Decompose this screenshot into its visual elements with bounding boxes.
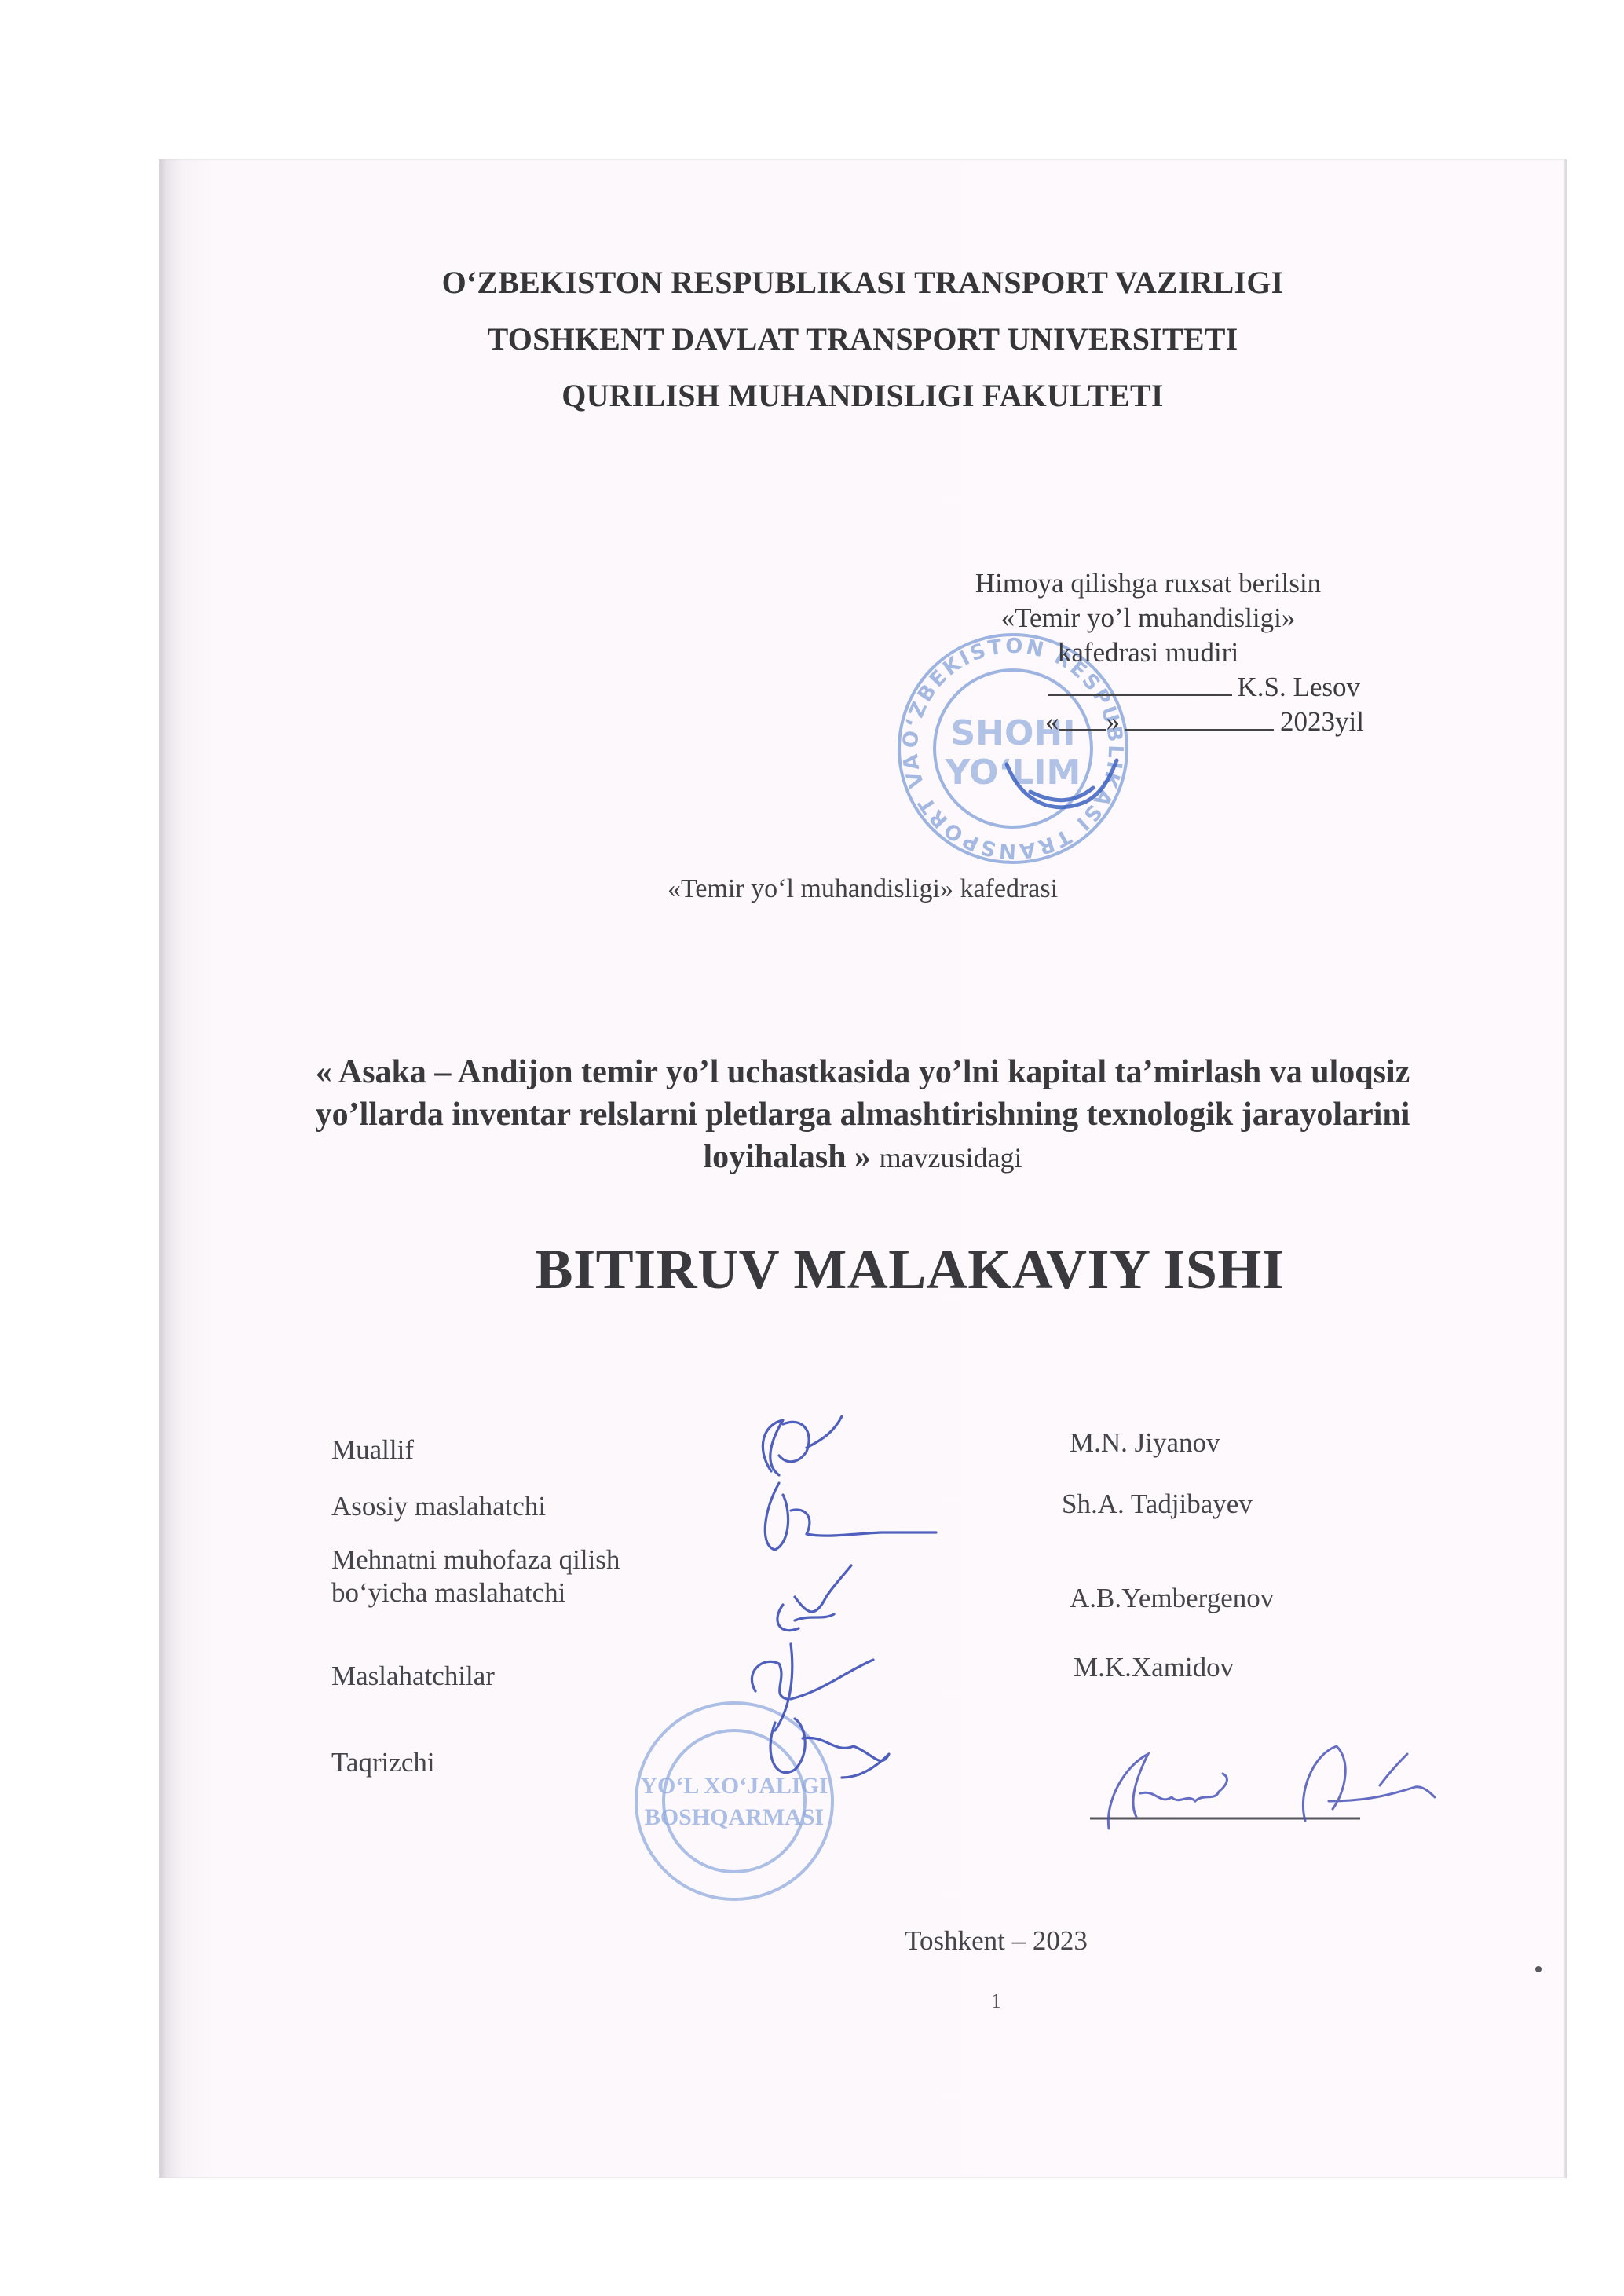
place-and-year: Toshkent – 2023: [159, 1925, 1624, 1957]
date-day-blank: [1059, 729, 1106, 731]
role-reviewer: Taqrizchi: [331, 1746, 435, 1779]
ministry-name: O‘ZBEKISTON RESPUBLIKASI TRANSPORT VAZIR…: [159, 264, 1567, 301]
name-main-advisor: Sh.A. Tadjibayev: [1062, 1489, 1253, 1520]
approval-line-1: Himoya qilishga ruxsat berilsin: [897, 566, 1399, 601]
scan-artifact-dot: [1535, 1966, 1542, 1972]
date-month-blank: [1125, 729, 1274, 731]
name-author: M.N. Jiyanov: [1070, 1427, 1220, 1459]
role-author: Muallif: [331, 1434, 414, 1467]
head-signature-icon: [999, 756, 1125, 827]
role-main-advisor: Asosiy maslahatchi: [331, 1490, 546, 1523]
thesis-topic-suffix: mavzusidagi: [880, 1142, 1022, 1174]
role-advisors: Maslahatchilar: [331, 1660, 495, 1693]
reviewer-signature-icon: [1062, 1730, 1470, 1840]
department-head-name: K.S. Lesov: [1237, 672, 1360, 702]
page-number: 1: [159, 1990, 1624, 2013]
approval-block: Himoya qilishga ruxsat berilsin «Temir y…: [897, 566, 1399, 739]
document-page: O‘ZBEKISTON RESPUBLIKASI TRANSPORT VAZIR…: [159, 159, 1567, 2178]
approval-line-3: kafedrasi mudiri: [897, 635, 1399, 670]
role-labor-safety-line-1: Mehnatni muhofaza qilish: [331, 1543, 620, 1576]
name-labor-safety-advisor: A.B.Yembergenov: [1070, 1583, 1274, 1614]
svg-text:BOSHQARMASI: BOSHQARMASI: [645, 1804, 824, 1830]
approval-line-2: «Temir yo’l muhandisligi»: [897, 601, 1399, 635]
svg-text:YO‘L XO‘JALIGI: YO‘L XO‘JALIGI: [640, 1773, 828, 1799]
department-name: «Temir yo‘l muhandisligi» kafedrasi: [159, 874, 1567, 904]
thesis-topic: « Asaka – Andijon temir yo’l uchastkasid…: [159, 1051, 1567, 1179]
department-head-line: K.S. Lesov: [897, 670, 1399, 705]
svg-text:YO‘LIM: YO‘LIM: [945, 753, 1081, 793]
thesis-topic-text: « Asaka – Andijon temir yo’l uchastkasid…: [316, 1054, 1410, 1175]
date-close-quote: »: [1106, 706, 1121, 737]
role-labor-safety-line-2: bo‘yicha maslahatchi: [331, 1576, 620, 1609]
approval-date-line: «»2023yil: [897, 705, 1399, 739]
signature-column-icon: [646, 1408, 1085, 1801]
approval-year: 2023yil: [1280, 706, 1364, 737]
railway-authority-stamp-icon: YO‘L XO‘JALIGI BOSHQARMASI: [632, 1699, 836, 1903]
thesis-title: BITIRUV MALAKAVIY ISHI: [159, 1237, 1614, 1302]
role-labor-safety-advisor: Mehnatni muhofaza qilish bo‘yicha maslah…: [331, 1543, 620, 1609]
university-name: TOSHKENT DAVLAT TRANSPORT UNIVERSITETI: [159, 320, 1567, 357]
date-open-quote: «: [1045, 706, 1059, 737]
name-advisors: M.K.Xamidov: [1074, 1652, 1234, 1683]
head-signature-blank: [1048, 694, 1232, 696]
faculty-name: QURILISH MUHANDISLIGI FAKULTETI: [159, 377, 1567, 414]
